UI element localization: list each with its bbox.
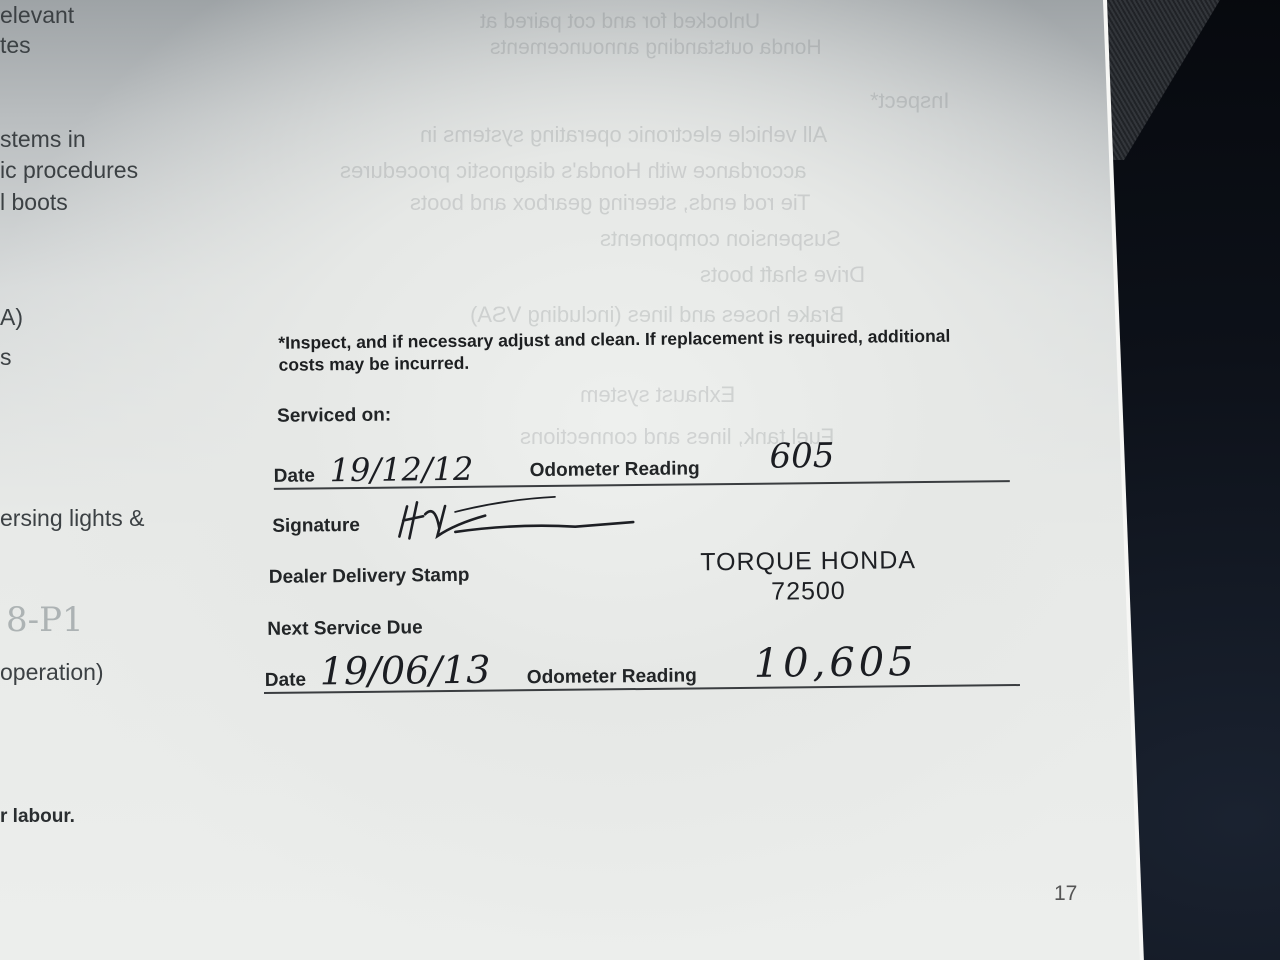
bleed-through-text: Drive shaft boots bbox=[700, 262, 865, 288]
bleed-through-text: accordance with Honda's diagnostic proce… bbox=[340, 158, 806, 184]
left-page-text: ersing lights & bbox=[0, 505, 144, 532]
next-service-label: Next Service Due bbox=[267, 617, 422, 641]
left-page-text: operation) bbox=[0, 659, 104, 686]
next-service-odometer-value: 10,605 bbox=[753, 639, 917, 687]
left-page-text: tes bbox=[0, 32, 31, 59]
left-page-text: A) bbox=[0, 304, 23, 331]
next-service-date-label: Date bbox=[265, 670, 306, 692]
next-service-date-value: 19/06/13 bbox=[320, 648, 491, 694]
left-page-text: ic procedures bbox=[0, 157, 138, 184]
dealer-stamp-label: Dealer Delivery Stamp bbox=[269, 565, 470, 589]
page-number: 17 bbox=[1054, 882, 1077, 906]
dealer-stamp: TORQUE HONDA 72500 bbox=[695, 545, 921, 607]
pencil-mark: 8-P1 bbox=[6, 600, 84, 640]
bleed-through-text: All vehicle electronic operating systems… bbox=[420, 122, 827, 148]
service-odometer-value: 605 bbox=[769, 436, 834, 477]
bleed-through-text: Exhaust system bbox=[580, 382, 735, 408]
left-page-text: l boots bbox=[0, 189, 68, 216]
bleed-through-text: Unlocked for and cot paired at bbox=[480, 10, 760, 34]
bleed-through-text: Tie rod ends, steering gearbox and boots bbox=[410, 190, 810, 216]
left-page-text: s bbox=[0, 344, 12, 371]
next-service-odometer-label: Odometer Reading bbox=[527, 665, 697, 689]
dealer-name: TORQUE HONDA bbox=[695, 545, 920, 577]
bleed-through-heading: Inspect* bbox=[870, 88, 950, 114]
left-page-text: elevant bbox=[0, 2, 74, 29]
bleed-through-text: Honda outstanding announcements bbox=[490, 36, 822, 60]
left-page-text: r labour. bbox=[0, 806, 75, 828]
service-odometer-label: Odometer Reading bbox=[530, 458, 700, 482]
signature-label: Signature bbox=[272, 515, 360, 538]
service-date-label: Date bbox=[274, 465, 315, 487]
signature-scribble bbox=[395, 492, 641, 545]
service-date-value: 19/12/12 bbox=[329, 450, 473, 490]
bleed-through-text: Brake hoses and lines (including VSA) bbox=[470, 302, 844, 328]
left-page-text: stems in bbox=[0, 126, 86, 153]
serviced-on-label: Serviced on: bbox=[277, 405, 391, 428]
dealer-code: 72500 bbox=[696, 575, 921, 607]
booklet-page: Unlocked for and cot paired at Honda out… bbox=[0, 0, 1280, 960]
bleed-through-text: Suspension components bbox=[600, 226, 841, 252]
inspection-note: *Inspect, and if necessary adjust and cl… bbox=[278, 324, 998, 376]
